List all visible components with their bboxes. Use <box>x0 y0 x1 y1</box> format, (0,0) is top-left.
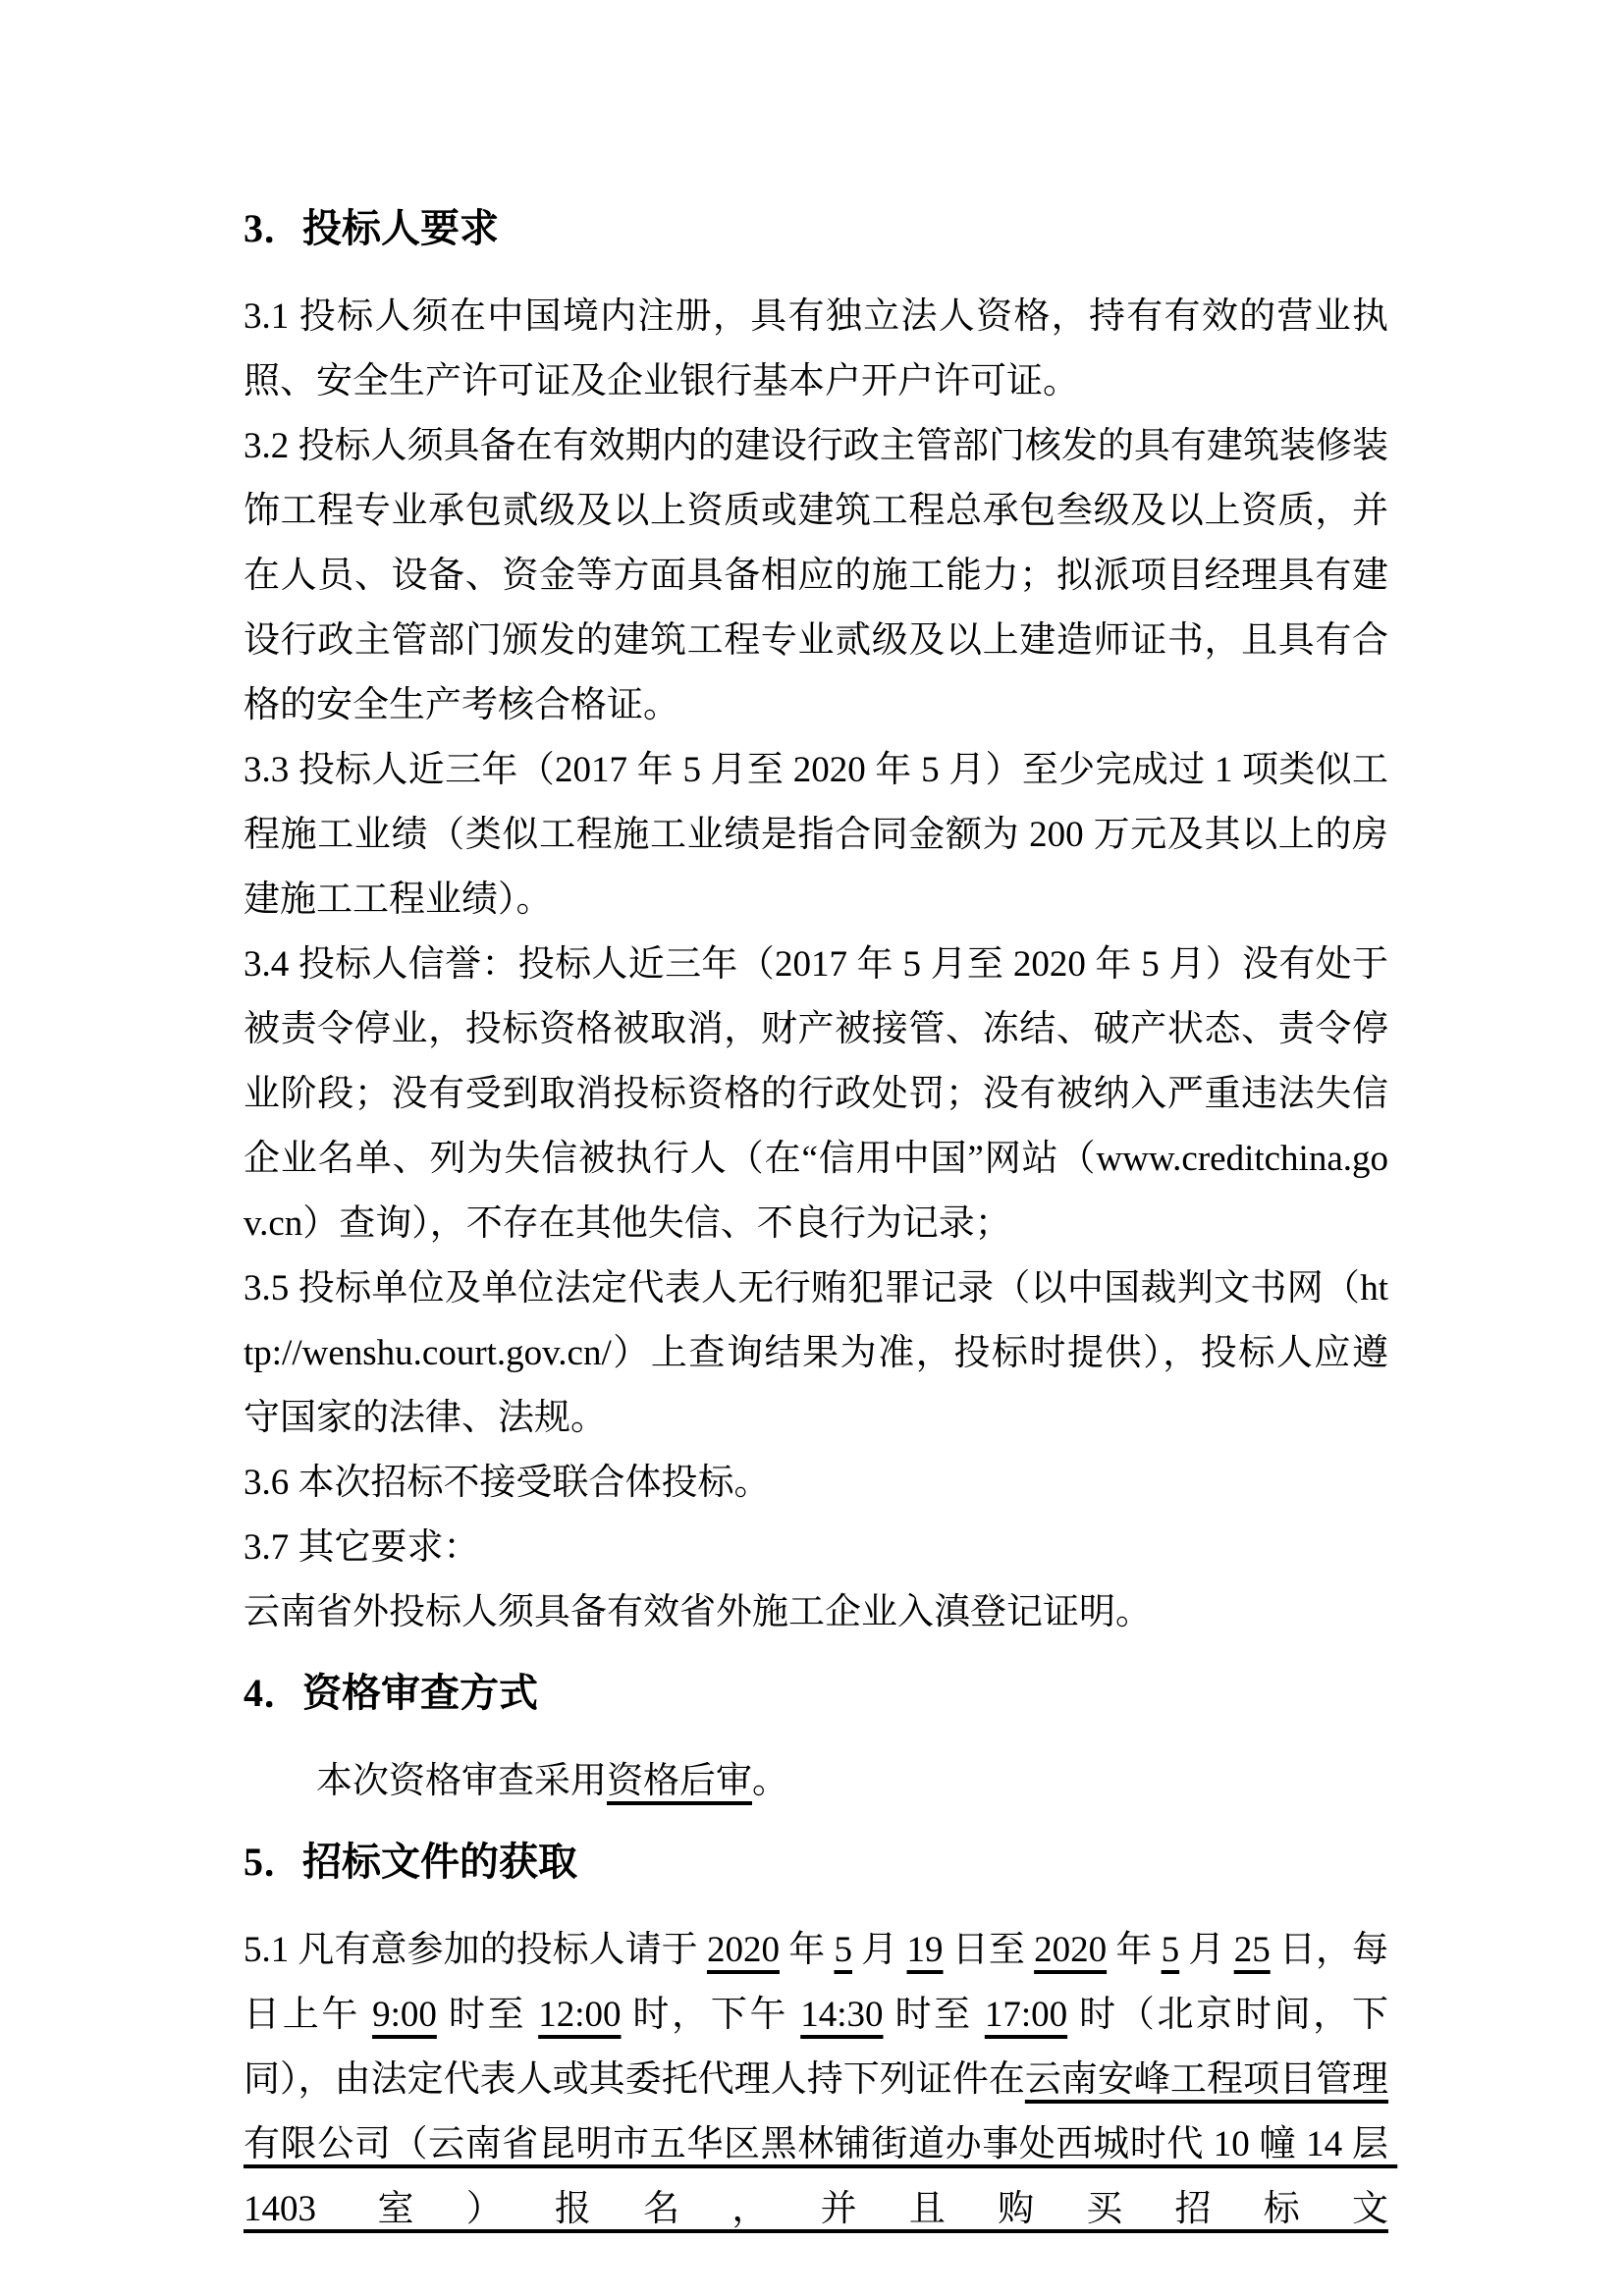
underlined-text-run: 17:00 <box>985 1995 1067 2035</box>
text-run: 3.7 其它要求： <box>244 1527 480 1568</box>
text-run: 本次资格审查采用 <box>316 1761 607 1801</box>
section-4-heading: 4．资格审查方式 <box>244 1661 1388 1726</box>
text-run: 5.1 凡有意参加的投标人请于 <box>244 1930 707 1970</box>
clause-3-7-note: 云南省外投标人须具备有效省外施工企业入滇登记证明。 <box>244 1580 1388 1645</box>
text-run: 。 <box>752 1761 788 1801</box>
clause-3-6: 3.6 本次招标不接受联合体投标。 <box>244 1451 1388 1516</box>
clause-3-2: 3.2 投标人须具备在有效期内的建设行政主管部门核发的具有建筑装修装饰工程专业承… <box>244 414 1388 738</box>
underlined-text-run: 9:00 <box>372 1995 437 2035</box>
clause-3-1: 3.1 投标人须在中国境内注册，具有独立法人资格，持有有效的营业执照、安全生产许… <box>244 285 1388 414</box>
underlined-text-run: 2020 <box>707 1930 780 1970</box>
text-run: 月 <box>852 1930 907 1970</box>
text-run: 3.1 投标人须在中国境内注册，具有独立法人资格，持有有效的营业执照、安全生产许… <box>244 296 1388 401</box>
clause-4-body: 本次资格审查采用资格后审。 <box>244 1749 1388 1814</box>
text-run: 年 <box>1107 1930 1162 1970</box>
underlined-text-run: 5 <box>1162 1930 1180 1970</box>
underlined-text-run: 2020 <box>1034 1930 1107 1970</box>
section-5-heading: 5．招标文件的获取 <box>244 1830 1388 1895</box>
clause-5-1: 5.1 凡有意参加的投标人请于 2020 年 5 月 19 日至 2020 年 … <box>244 1918 1388 2242</box>
underlined-text-run: 25 <box>1234 1930 1271 1970</box>
text-run: 时至 <box>884 1995 985 2035</box>
text-run: 时至 <box>437 1995 538 2035</box>
clause-3-4: 3.4 投标人信誉：投标人近三年（2017 年 5 月至 2020 年 5 月）… <box>244 933 1388 1256</box>
text-run: 日至 <box>944 1930 1035 1970</box>
text-run: 时，下午 <box>621 1995 800 2035</box>
underlined-text-run: 12:00 <box>538 1995 621 2035</box>
document-body: 3．投标人要求3.1 投标人须在中国境内注册，具有独立法人资格，持有有效的营业执… <box>244 196 1388 2242</box>
document-page: 3．投标人要求3.1 投标人须在中国境内注册，具有独立法人资格，持有有效的营业执… <box>0 0 1624 2296</box>
text-run: 3.3 投标人近三年（2017 年 5 月至 2020 年 5 月）至少完成过 … <box>244 750 1388 920</box>
text-run: 年 <box>780 1930 835 1970</box>
text-run: 月 <box>1179 1930 1234 1970</box>
underlined-text-run: 资格后审 <box>607 1761 752 1801</box>
text-run: 3.5 投标单位及单位法定代表人无行贿犯罪记录（以中国裁判文书网（http://… <box>244 1268 1388 1438</box>
clause-3-5: 3.5 投标单位及单位法定代表人无行贿犯罪记录（以中国裁判文书网（http://… <box>244 1256 1388 1451</box>
text-run: 云南省外投标人须具备有效省外施工企业入滇登记证明。 <box>244 1592 1152 1632</box>
text-run: 3.4 投标人信誉：投标人近三年（2017 年 5 月至 2020 年 5 月）… <box>244 944 1388 1244</box>
underlined-text-run: 19 <box>907 1930 944 1970</box>
underlined-text-run: 5 <box>835 1930 853 1970</box>
text-run: 3.2 投标人须具备在有效期内的建设行政主管部门核发的具有建筑装修装饰工程专业承… <box>244 426 1388 725</box>
clause-3-7: 3.7 其它要求： <box>244 1516 1388 1580</box>
text-run: 3.6 本次招标不接受联合体投标。 <box>244 1463 771 1503</box>
clause-3-3: 3.3 投标人近三年（2017 年 5 月至 2020 年 5 月）至少完成过 … <box>244 738 1388 933</box>
section-3-heading: 3．投标人要求 <box>244 196 1388 261</box>
underlined-text-run: 14:30 <box>800 1995 883 2035</box>
